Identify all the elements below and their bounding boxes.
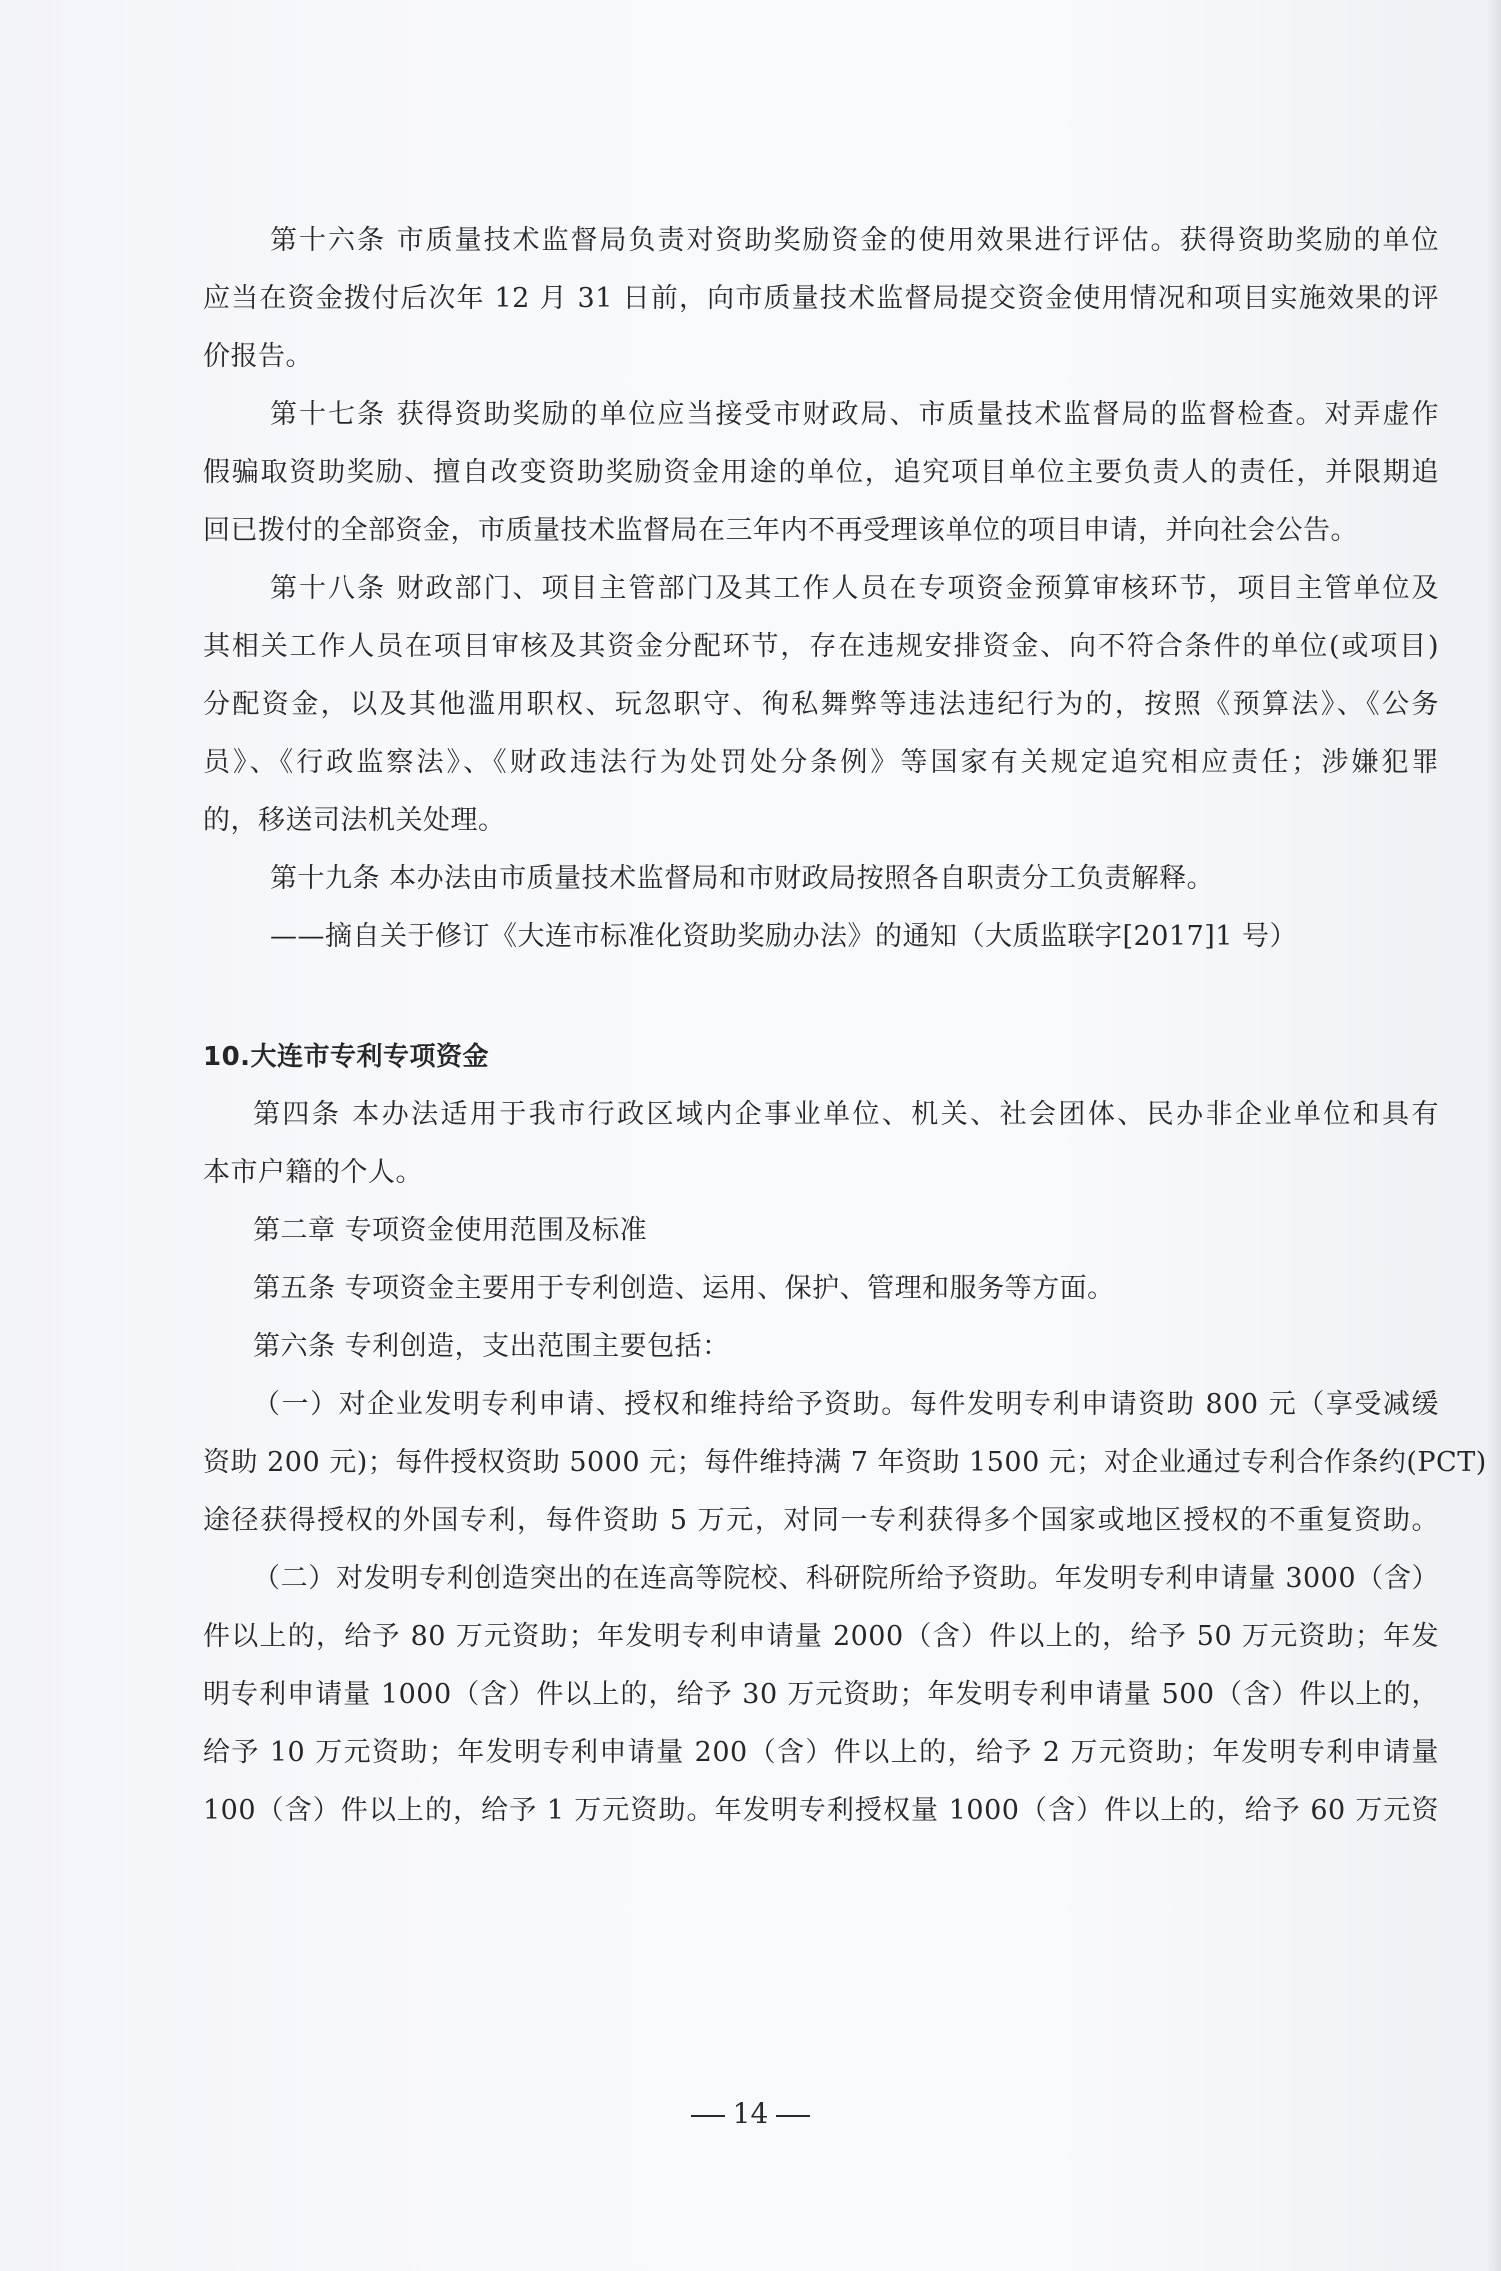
- article-18: 第十八条 财政部门、项目主管部门及其工作人员在专项资金预算审核环节，项目主管单位…: [203, 560, 1439, 850]
- article-4-line-1: 第四条 本办法适用于我市行政区域内企事业单位、机关、社会团体、民办非企业单位和具…: [203, 1086, 1439, 1144]
- item-2-line-4: 给予 10 万元资助；年发明专利申请量 200（含）件以上的，给予 2 万元资助…: [203, 1724, 1439, 1782]
- page-number: 14: [0, 2094, 1501, 2134]
- item-1-line-2: 资助 200 元)；每件授权资助 5000 元；每件维持满 7 年资助 1500…: [203, 1434, 1439, 1492]
- article-16-line-3: 价报告。: [203, 328, 1439, 386]
- article-16-line-2: 应当在资金拨付后次年 12 月 31 日前，向市质量技术监督局提交资金使用情况和…: [203, 270, 1439, 328]
- article-18-line-5: 的，移送司法机关处理。: [203, 792, 1439, 850]
- article-6: 第六条 专利创造，支出范围主要包括：: [203, 1318, 1439, 1376]
- page-number-dash-left: [691, 2115, 725, 2117]
- article-16-line-1: 第十六条 市质量技术监督局负责对资助奖励资金的使用效果进行评估。获得资助奖励的单…: [203, 212, 1439, 270]
- item-1-line-1: （一）对企业发明专利申请、授权和维持给予资助。每件发明专利申请资助 800 元（…: [203, 1376, 1439, 1434]
- section-10: 10.大连市专利专项资金 第四条 本办法适用于我市行政区域内企事业单位、机关、社…: [203, 1028, 1439, 1840]
- article-19: 第十九条 本办法由市质量技术监督局和市财政局按照各自职责分工负责解释。: [203, 850, 1439, 908]
- chapter-2-heading: 第二章 专项资金使用范围及标准: [203, 1202, 1439, 1260]
- article-17-line-1: 第十七条 获得资助奖励的单位应当接受市财政局、市质量技术监督局的监督检查。对弄虚…: [203, 386, 1439, 444]
- scan-edge-shadow: [1487, 0, 1501, 2271]
- article-19-line-1: 第十九条 本办法由市质量技术监督局和市财政局按照各自职责分工负责解释。: [203, 850, 1439, 908]
- item-1-line-3: 途径获得授权的外国专利，每件资助 5 万元，对同一专利获得多个国家或地区授权的不…: [203, 1492, 1439, 1550]
- page-number-dash-right: [776, 2115, 810, 2117]
- page-number-value: 14: [733, 2097, 769, 2130]
- article-17: 第十七条 获得资助奖励的单位应当接受市财政局、市质量技术监督局的监督检查。对弄虚…: [203, 386, 1439, 560]
- document-page: 第十六条 市质量技术监督局负责对资助奖励资金的使用效果进行评估。获得资助奖励的单…: [0, 0, 1501, 2271]
- article-17-line-3: 回已拨付的全部资金，市质量技术监督局在三年内不再受理该单位的项目申请，并向社会公…: [203, 502, 1439, 560]
- page-content: 第十六条 市质量技术监督局负责对资助奖励资金的使用效果进行评估。获得资助奖励的单…: [203, 212, 1439, 1840]
- item-1: （一）对企业发明专利申请、授权和维持给予资助。每件发明专利申请资助 800 元（…: [203, 1376, 1439, 1550]
- item-2-line-5: 100（含）件以上的，给予 1 万元资助。年发明专利授权量 1000（含）件以上…: [203, 1782, 1439, 1840]
- article-4-line-2: 本市户籍的个人。: [203, 1144, 1439, 1202]
- item-2-line-1: （二）对发明专利创造突出的在连高等院校、科研院所给予资助。年发明专利申请量 30…: [203, 1550, 1439, 1608]
- article-17-line-2: 假骗取资助奖励、擅自改变资助奖励资金用途的单位，追究项目单位主要负责人的责任，并…: [203, 444, 1439, 502]
- section-heading: 10.大连市专利专项资金: [203, 1028, 1439, 1086]
- section-spacer: [203, 966, 1439, 1028]
- source-citation: ——摘自关于修订《大连市标准化资助奖励办法》的通知（大质监联字[2017]1 号…: [203, 908, 1439, 966]
- article-18-line-3: 分配资金，以及其他滥用职权、玩忽职守、徇私舞弊等违法违纪行为的，按照《预算法》、…: [203, 676, 1439, 734]
- article-18-line-1: 第十八条 财政部门、项目主管部门及其工作人员在专项资金预算审核环节，项目主管单位…: [203, 560, 1439, 618]
- item-2-line-3: 明专利申请量 1000（含）件以上的，给予 30 万元资助；年发明专利申请量 5…: [203, 1666, 1439, 1724]
- item-2-line-2: 件以上的，给予 80 万元资助；年发明专利申请量 2000（含）件以上的，给予 …: [203, 1608, 1439, 1666]
- article-18-line-4: 员》、《行政监察法》、《财政违法行为处罚处分条例》等国家有关规定追究相应责任；涉…: [203, 734, 1439, 792]
- article-18-line-2: 其相关工作人员在项目审核及其资金分配环节，存在违规安排资金、向不符合条件的单位(…: [203, 618, 1439, 676]
- article-5: 第五条 专项资金主要用于专利创造、运用、保护、管理和服务等方面。: [203, 1260, 1439, 1318]
- article-16: 第十六条 市质量技术监督局负责对资助奖励资金的使用效果进行评估。获得资助奖励的单…: [203, 212, 1439, 386]
- item-2: （二）对发明专利创造突出的在连高等院校、科研院所给予资助。年发明专利申请量 30…: [203, 1550, 1439, 1840]
